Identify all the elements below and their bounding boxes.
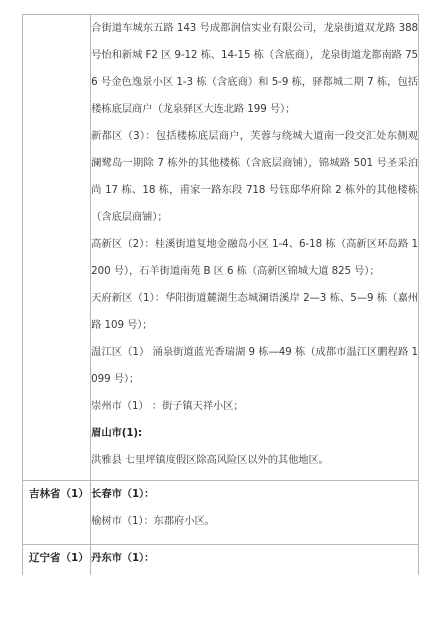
- table-row-sichuan-continued: 合街道车城东五路 143 号成都润信实业有限公司，龙泉街道双龙路 388 号怡和…: [23, 15, 419, 481]
- province-label-jilin: 吉林省（1）: [23, 481, 90, 508]
- province-cell: 辽宁省（1）: [23, 545, 91, 576]
- detail-cell: 合街道车城东五路 143 号成都润信实业有限公司，龙泉街道双龙路 388 号怡和…: [91, 15, 419, 481]
- province-cell: 吉林省（1）: [23, 481, 91, 545]
- paragraph-wenjiang: 温江区（1） 涌泉街道蓝光香瑞湖 9 栋—49 栋（成都市温江区鹏程路 1099…: [91, 339, 418, 393]
- paragraph-longquanyi: 合街道车城东五路 143 号成都润信实业有限公司，龙泉街道双龙路 388 号怡和…: [91, 15, 418, 123]
- city-heading-dandong: 丹东市（1）：: [91, 545, 418, 572]
- detail-cell: 丹东市（1）：: [91, 545, 419, 576]
- paragraph-chongzhou: 崇州市（1） ：街子镇天祥小区；: [91, 393, 418, 420]
- table-row-jilin: 吉林省（1） 长春市（1）： 榆树市（1）：东郡府小区。: [23, 481, 419, 545]
- paragraph-tianfu: 天府新区（1）：华阳街道麓湖生态城澜语溪岸 2—3 栋、5—9 栋（嘉州路 10…: [91, 285, 418, 339]
- table-row-liaoning: 辽宁省（1） 丹东市（1）：: [23, 545, 419, 576]
- paragraph-hongya: 洪雅县 七里坪镇度假区除高风险区以外的其他地区。: [91, 447, 418, 474]
- province-label-liaoning: 辽宁省（1）: [23, 545, 90, 572]
- city-heading-meishan: 眉山市(1):: [91, 420, 418, 447]
- detail-cell: 长春市（1）： 榆树市（1）：东郡府小区。: [91, 481, 419, 545]
- paragraph-yushu: 榆树市（1）：东郡府小区。: [91, 508, 418, 535]
- paragraph-gaoxin: 高新区（2）：桂溪街道复地金融岛小区 1-4、6-18 栋（高新区环岛路 120…: [91, 231, 418, 285]
- paragraph-xindu: 新都区（3）：包括楼栋底层商户，芙蓉与绕城大道南一段交汇处东侧观澜鹭岛一期除 7…: [91, 123, 418, 231]
- city-heading-changchun: 长春市（1）：: [91, 481, 418, 508]
- province-cell: [23, 15, 91, 481]
- risk-area-table: 合街道车城东五路 143 号成都润信实业有限公司，龙泉街道双龙路 388 号怡和…: [22, 14, 419, 575]
